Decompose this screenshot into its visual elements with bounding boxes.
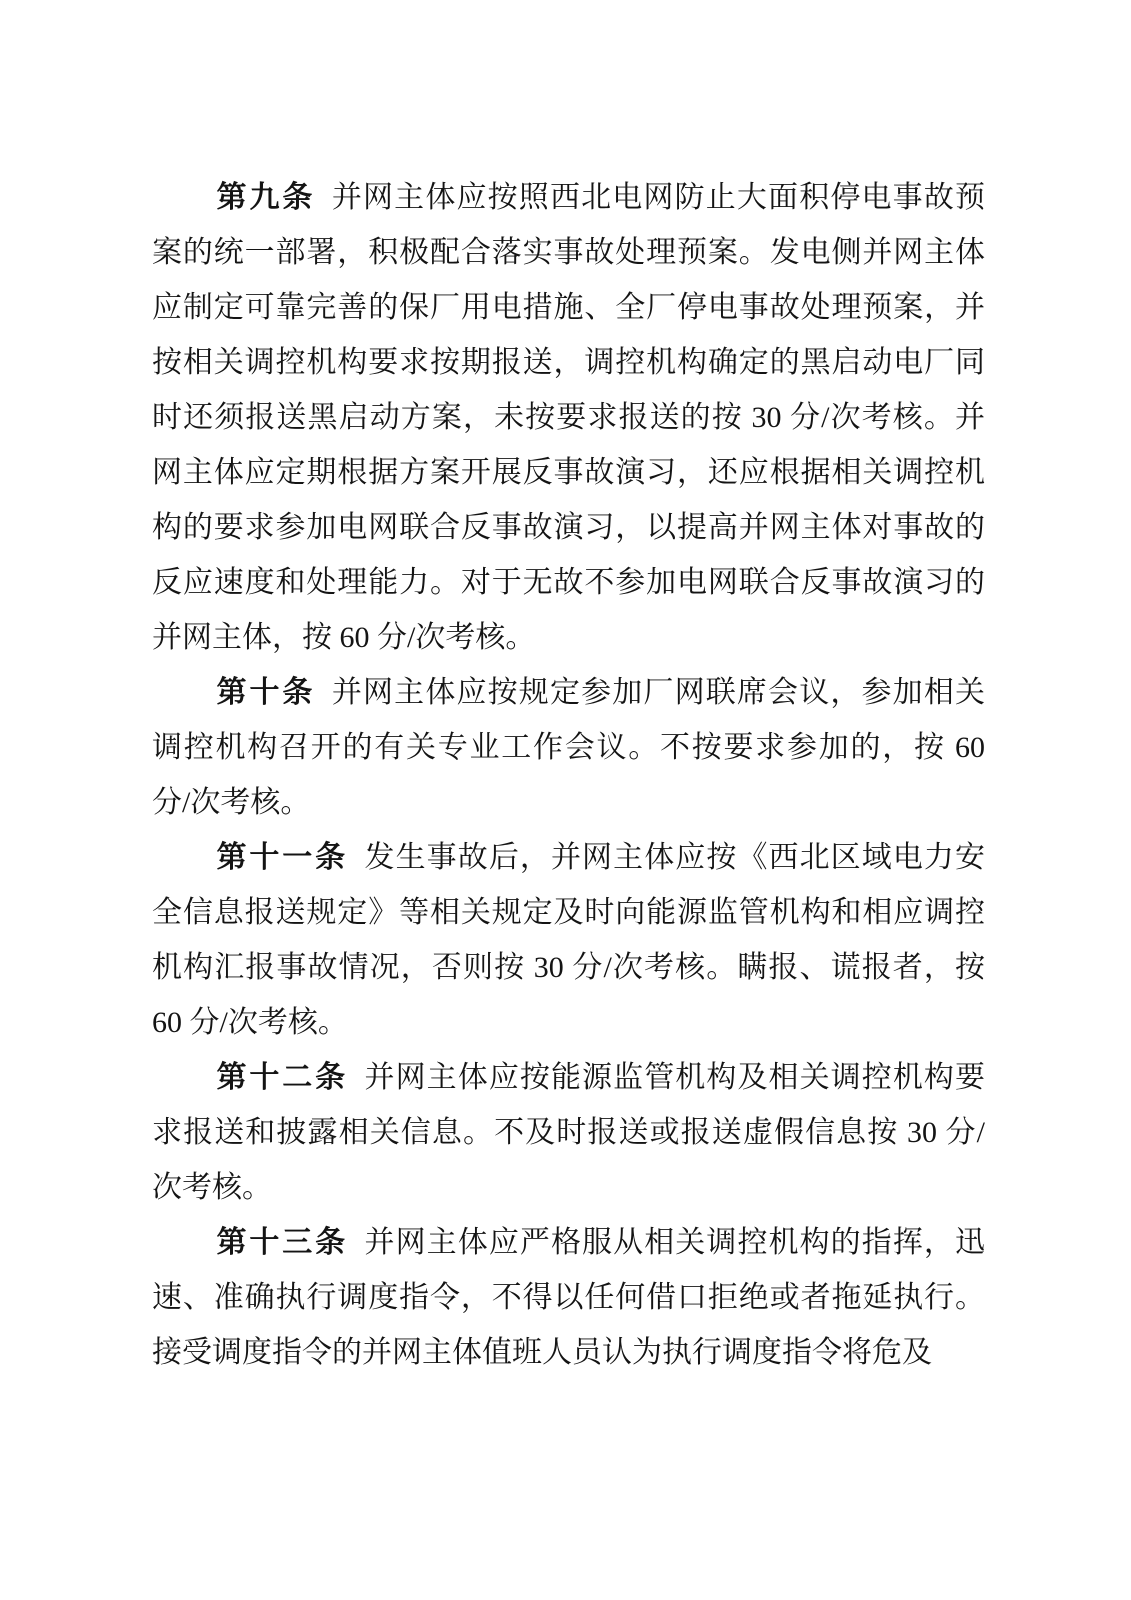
article-paragraph-13: 第十三条并网主体应严格服从相关调控机构的指挥，迅速、准确执行调度指令，不得以任何… — [152, 1215, 985, 1380]
article-body: 并网主体应按照西北电网防止大面积停电事故预案的统一部署，积极配合落实事故处理预案… — [152, 181, 985, 654]
document-page: 第九条并网主体应按照西北电网防止大面积停电事故预案的统一部署，积极配合落实事故处… — [0, 0, 1131, 1600]
article-number: 第九条 — [217, 181, 316, 214]
article-paragraph-11: 第十一条发生事故后，并网主体应按《西北区域电力安全信息报送规定》等相关规定及时向… — [152, 830, 985, 1050]
article-number: 第十一条 — [217, 841, 349, 874]
article-paragraph-9: 第九条并网主体应按照西北电网防止大面积停电事故预案的统一部署，积极配合落实事故处… — [152, 170, 985, 665]
article-number: 第十二条 — [217, 1061, 349, 1094]
article-number: 第十条 — [217, 676, 316, 709]
document-body: 第九条并网主体应按照西北电网防止大面积停电事故预案的统一部署，积极配合落实事故处… — [152, 170, 985, 1380]
article-paragraph-12: 第十二条并网主体应按能源监管机构及相关调控机构要求报送和披露相关信息。不及时报送… — [152, 1050, 985, 1215]
article-number: 第十三条 — [217, 1226, 349, 1259]
article-paragraph-10: 第十条并网主体应按规定参加厂网联席会议，参加相关调控机构召开的有关专业工作会议。… — [152, 665, 985, 830]
